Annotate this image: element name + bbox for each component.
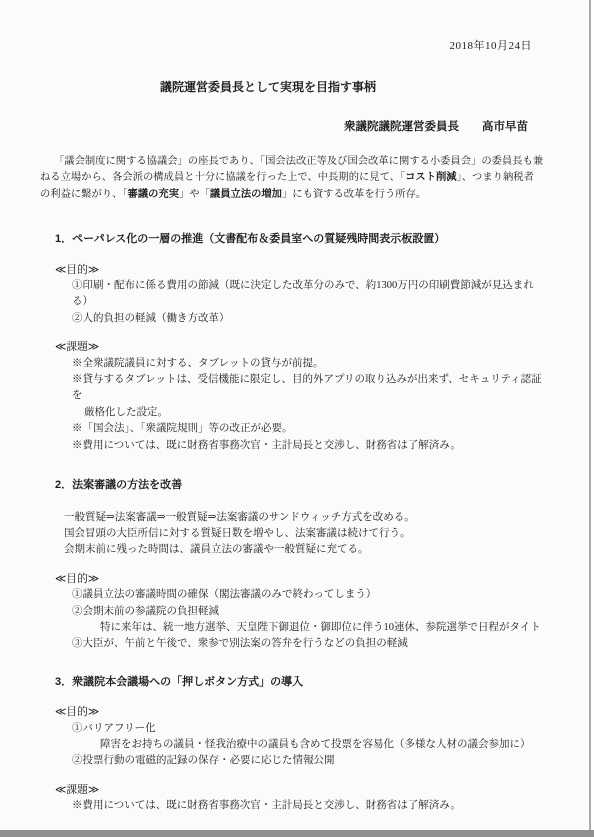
issues-label: ≪課題≫ [55, 782, 588, 798]
body-line: 一般質疑⇒法案審議⇒一般質疑⇒法案審議のサンドウィッチ方式を改める。 [64, 510, 588, 526]
purpose-item: ②投票行動の電磁的記録の保存・必要に応じた情報公開 [72, 753, 544, 769]
intro-text-3: 」や「 [179, 189, 210, 200]
section-paperless: 1．ペーパレス化の一層の推進（文書配布＆委員室への質疑残時間表示板設置） ≪目的… [0, 231, 588, 454]
purpose-item: ③大臣が、午前と午後で、衆参で別法案の答弁を行うなどの負担の軽減 [72, 636, 544, 652]
section-push-button: 3．衆議院本会議場への「押しボタン方式」の導入 ≪目的≫ ①バリアフリー化 障害… [0, 674, 588, 815]
purpose-item: ①印刷・配布に係る費用の節減（既に決定した改革分のみで、約1300万円の印刷費節… [72, 278, 544, 311]
issue-item: ※全衆議院議員に対する、タブレットの貸与が前提。 [72, 356, 544, 372]
document-date: 2018年10月24日 [0, 37, 532, 53]
section-heading: 2．法案審議の方法を改善 [55, 477, 588, 493]
purpose-label: ≪目的≫ [55, 571, 588, 587]
intro-text-4: 」にも資する改革を行う所存。 [282, 189, 426, 200]
scanned-document: 2018年10月24日 議院運営委員長として実現を目指す事柄 衆議院議院運営委員… [0, 0, 594, 837]
scan-edge-bottom [0, 830, 594, 837]
section-heading: 1．ペーパレス化の一層の推進（文書配布＆委員室への質疑残時間表示板設置） [55, 231, 588, 247]
section-bill-deliberation: 2．法案審議の方法を改善 一般質疑⇒法案審議⇒一般質疑⇒法案審議のサンドウィッチ… [0, 477, 588, 653]
author-line: 衆議院議院運営委員長 高市早苗 [0, 118, 528, 134]
issue-item: ※費用については、既に財務省事務次官・主計局長と交渉し、財務省は了解済み。 [72, 438, 544, 454]
intro-bold-2: 審議の充実 [128, 189, 179, 200]
page-title: 議院運営委員長として実現を目指す事柄 [0, 78, 562, 95]
purpose-item: ①バリアフリー化 [72, 721, 544, 737]
purpose-label: ≪目的≫ [55, 704, 588, 720]
issue-item-continuation: 厳格化した設定。 [84, 405, 588, 421]
purpose-item: ①議員立法の審議時間の確保（閣法審議のみで終わってしまう） [72, 587, 544, 603]
intro-bold-1: コスト削減 [405, 172, 456, 183]
issue-item: ※費用については、既に財務省事務次官・主計局長と交渉し、財務省は了解済み。 [72, 798, 544, 814]
issue-item: ※貸与するタブレットは、受信機能に限定し、目的外アプリの取り込みが出来ず、セキュ… [72, 372, 544, 405]
body-line: 国会冒頭の大臣所信に対する質疑日数を増やし、法案審議は続けて行う。 [64, 526, 588, 542]
intro-bold-3: 議員立法の増加 [210, 189, 282, 200]
issues-label: ≪課題≫ [55, 339, 588, 355]
body-line: 会期末前に残った時間は、議員立法の審議や一般質疑に充てる。 [64, 542, 588, 558]
purpose-subnote: 障害をお持ちの議員・怪我治療中の議員も含めて投票を容易化（多様な人材の議会参加に… [100, 737, 548, 753]
issue-item: ※「国会法」、「衆議院規則」等の改正が必要。 [72, 421, 544, 437]
document-page: 2018年10月24日 議院運営委員長として実現を目指す事柄 衆議院議院運営委員… [0, 0, 588, 830]
scan-edge-right [589, 0, 591, 830]
section-heading: 3．衆議院本会議場への「押しボタン方式」の導入 [55, 674, 588, 690]
purpose-item: ②人的負担の軽減（働き方改革） [72, 311, 544, 327]
purpose-label: ≪目的≫ [55, 262, 588, 278]
purpose-item: ②会期末前の参議院の負担軽減 [72, 604, 544, 620]
intro-paragraph: 「議会制度に関する協議会」の座長であり、「国会法改正等及び国会改革に関する小委員… [40, 154, 544, 203]
purpose-subnote: 特に来年は、統一地方選挙、天皇陛下御退位・御即位に伴う10連休、参院選挙で日程が… [100, 620, 548, 636]
